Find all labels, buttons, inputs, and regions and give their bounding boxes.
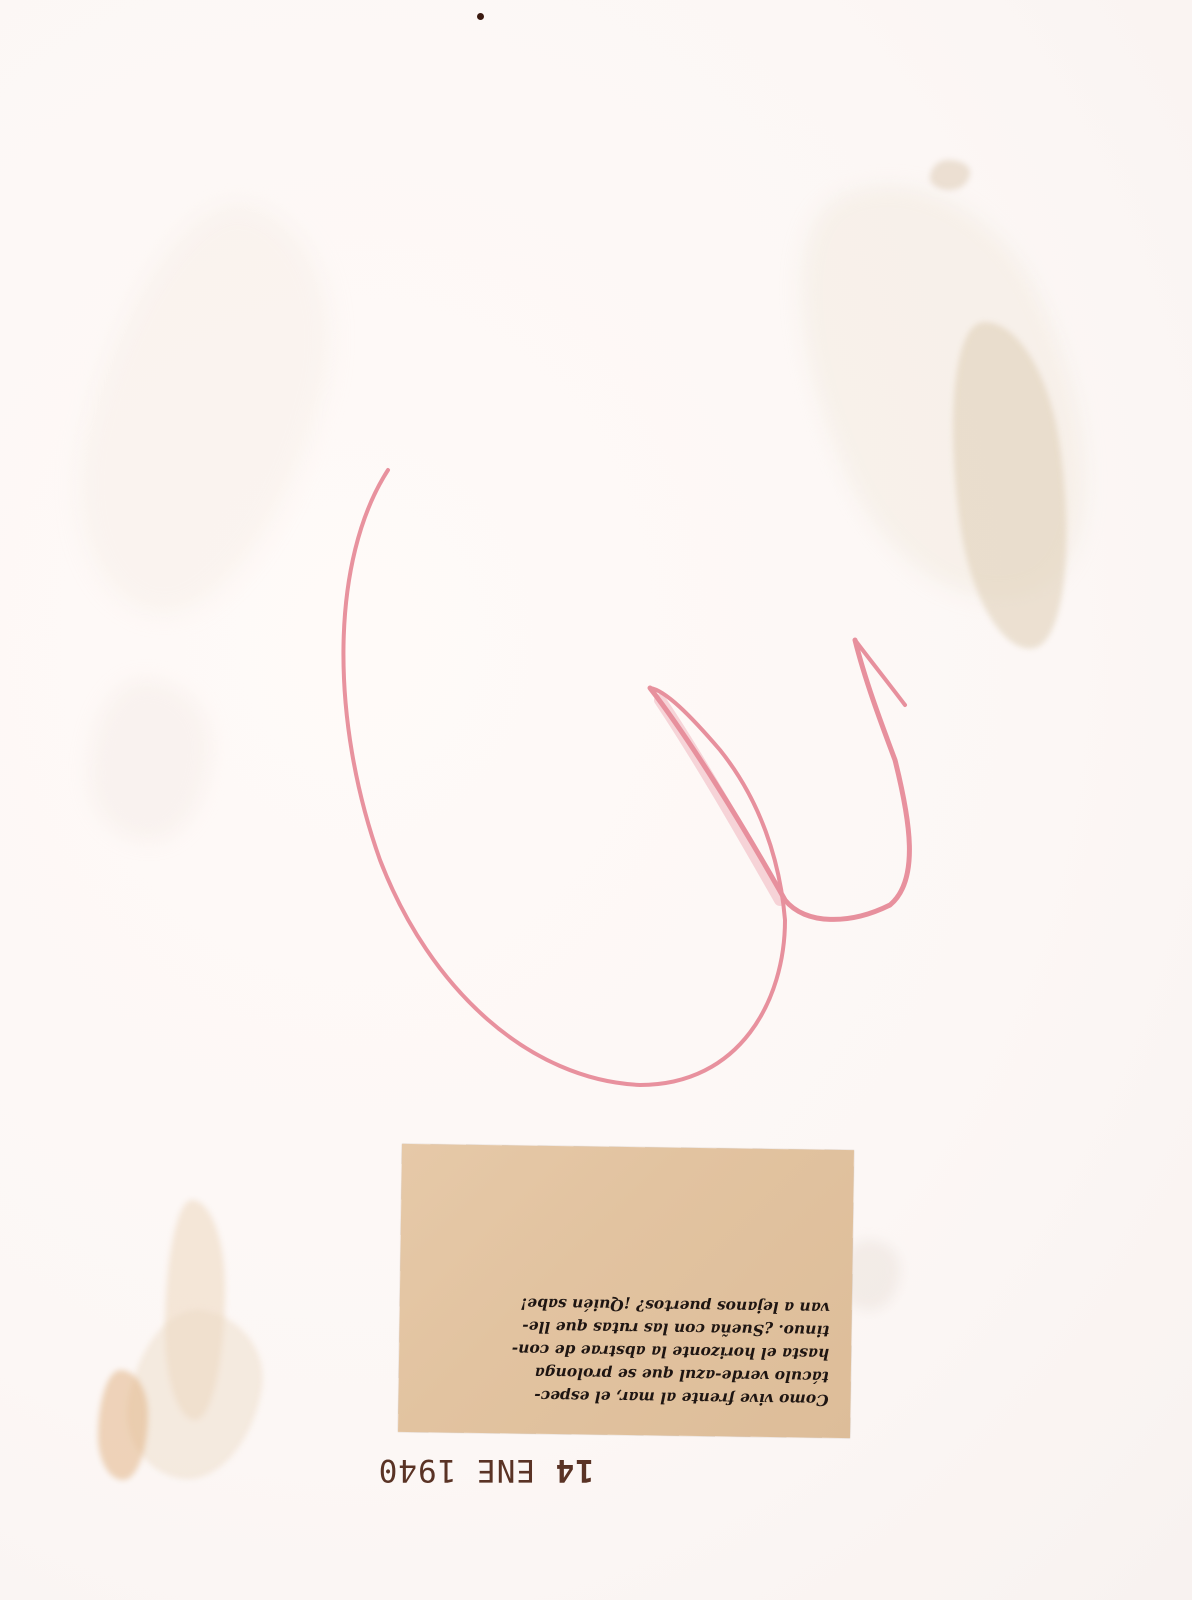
date-stamp-day: 14 [555, 1452, 594, 1488]
glue-stain-right-faint [739, 138, 1152, 642]
date-stamp-year: 1940 [378, 1452, 457, 1488]
glue-stain-left-upper [44, 179, 365, 642]
glue-stain-bottom-left-dark [98, 1370, 148, 1480]
ink-dot [477, 13, 484, 20]
newspaper-clipping: Como vive frente al mar, el espec- tácul… [398, 1144, 854, 1438]
print-reverse-sheet: Como vive frente al mar, el espec- tácul… [0, 0, 1192, 1600]
clipping-caption-text: Como vive frente al mar, el espec- tácul… [428, 1291, 830, 1412]
date-stamp-month: ENE [476, 1452, 535, 1488]
clipping-rotated-content: Como vive frente al mar, el espec- tácul… [398, 1144, 854, 1438]
glue-stain-mid-left [90, 680, 210, 840]
glue-stain-right-top [930, 160, 970, 190]
date-stamp: 14 ENE 1940 [364, 1448, 594, 1492]
